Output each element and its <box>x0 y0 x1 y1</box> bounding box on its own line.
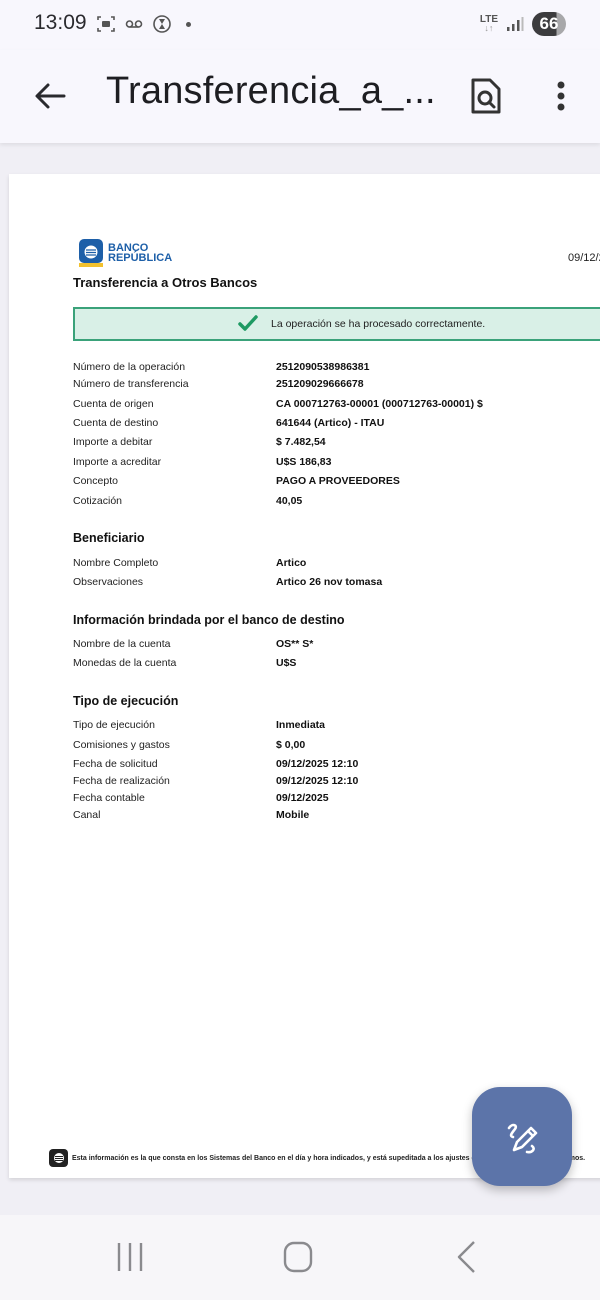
success-message: La operación se ha procesado correctamen… <box>271 318 485 330</box>
system-nav-bar <box>0 1215 600 1300</box>
detail-row: Tipo de ejecuciónInmediata <box>73 719 155 731</box>
detail-row: Número de transferencia251209029666678 <box>73 378 189 390</box>
voicemail-icon <box>124 14 144 34</box>
back-chevron-icon[interactable] <box>448 1239 488 1275</box>
detail-row: Comisiones y gastos$ 0,00 <box>73 739 170 751</box>
section-title-execution: Tipo de ejecución <box>73 694 178 708</box>
arrow-left-icon[interactable] <box>30 76 70 116</box>
detail-row: CanalMobile <box>73 809 100 821</box>
status-bar: 13:09 LTE↓↑ 66 <box>0 0 600 50</box>
detail-row: Monedas de la cuentaU$S <box>73 657 176 669</box>
detail-row: Fecha de realización09/12/2025 12:10 <box>73 775 170 787</box>
detail-row: ConceptoPAGO A PROVEEDORES <box>73 475 118 487</box>
system-status: LTE↓↑ 66 <box>480 12 566 36</box>
detail-row: Importe a acreditarU$S 186,83 <box>73 456 161 468</box>
bank-logo: BANCO REPÚBLICA <box>79 239 172 267</box>
success-banner: La operación se ha procesado correctamen… <box>73 307 600 341</box>
detail-row: Cuenta de origenCA 000712763-00001 (0007… <box>73 398 154 410</box>
document-title: Transferencia_a_... <box>106 70 436 113</box>
bank-logo-icon <box>79 239 103 267</box>
detail-row: Fecha contable09/12/2025 <box>73 792 145 804</box>
signal-icon <box>506 16 524 32</box>
checkmark-icon <box>237 314 259 334</box>
recent-apps-icon[interactable] <box>111 1239 151 1275</box>
detail-row: Cotización40,05 <box>73 495 122 507</box>
screenshot-icon <box>96 14 116 34</box>
document-heading: Transferencia a Otros Bancos <box>73 275 257 290</box>
detail-row: Fecha de solicitud09/12/2025 12:10 <box>73 758 158 770</box>
battery-indicator: 66 <box>532 12 566 36</box>
detail-row: ObservacionesArtico 26 nov tomasa <box>73 576 143 588</box>
bank-name: BANCO REPÚBLICA <box>108 243 172 263</box>
draw-pen-icon <box>505 1120 539 1154</box>
document-date: 09/12/2 <box>568 252 600 264</box>
bank-small-logo-icon <box>49 1149 68 1167</box>
dot-icon <box>186 22 191 27</box>
more-vertical-icon[interactable] <box>550 76 572 116</box>
detail-row: Nombre CompletoArtico <box>73 557 158 569</box>
home-icon[interactable] <box>279 1239 319 1275</box>
detail-row: Cuenta de destino641644 (Artico) - ITAU <box>73 417 158 429</box>
detail-row: Número de la operación2512090538986381 <box>73 361 185 373</box>
app-bar: Transferencia_a_... <box>0 50 600 143</box>
status-time: 13:09 <box>34 11 87 35</box>
document-page: BANCO REPÚBLICA 09/12/2 Transferencia a … <box>9 174 600 1178</box>
detail-row: Nombre de la cuentaOS** S* <box>73 638 170 650</box>
section-title-beneficiary: Beneficiario <box>73 531 145 545</box>
annotate-button[interactable] <box>472 1087 572 1186</box>
section-title-destination-bank: Información brindada por el banco de des… <box>73 613 345 627</box>
hourglass-icon <box>152 14 172 34</box>
notification-icons <box>96 14 191 34</box>
document-search-icon[interactable] <box>468 76 504 116</box>
lte-icon: LTE↓↑ <box>480 15 498 33</box>
detail-row: Importe a debitar$ 7.482,54 <box>73 436 152 448</box>
